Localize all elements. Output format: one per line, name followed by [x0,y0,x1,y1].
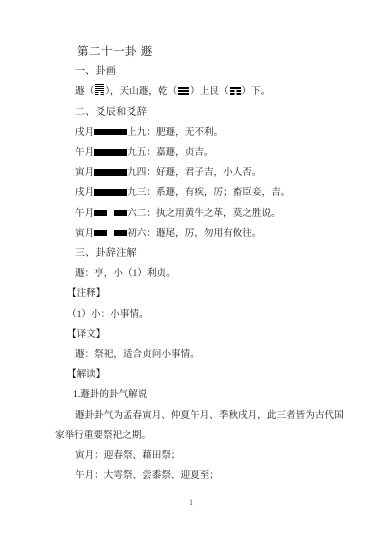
zhushi-item: （1）小：小事情。 [55,305,347,325]
hexagram-line-seg1: 遯（ [75,86,94,97]
yao-month: 戌月 [75,187,94,198]
yang-line-icon [94,129,127,136]
hexagram-line-seg3: ）上艮（ [190,86,228,97]
trigram-qian-icon [178,87,189,95]
section-heading-guahua: 一、卦画 [55,62,347,82]
yang-line-icon [94,149,127,156]
jiedu-paragraph: 遯卦卦气为孟春寅月、仲夏午月、季秋戌月，此三者皆为古代国家举行重要祭祀之期。 [55,406,347,446]
hexagram-description-line: 遯（），天山遯，乾（）上艮（）下。 [55,82,347,102]
yao-month: 寅月 [75,167,94,178]
page-number: 1 [0,498,382,507]
yiwen-text: 遯：祭祀，适合贞问小事情。 [55,345,347,365]
yao-line-row: 寅月九四：好遯，君子吉，小人否。 [55,163,347,183]
yao-month: 戌月 [75,127,94,138]
yang-line-icon [94,189,127,196]
yao-line-row: 午月六二：执之用黄牛之革，莫之胜说。 [55,204,347,224]
jiedu-label: 【解读】 [55,365,347,385]
yao-text: 六二：执之用黄牛之革，莫之胜说。 [127,208,281,219]
page-title: 第二十一卦 遯 [55,42,347,62]
yin-line-icon [94,230,127,237]
jiedu-subtitle: 1.遯卦的卦气解说 [55,385,347,405]
trigram-gen-icon [230,87,241,95]
yao-month: 午月 [75,147,94,158]
section-heading-guaci: 三、卦辞注解 [55,244,347,264]
yao-text: 九四：好遯，君子吉，小人否。 [127,167,261,178]
hexagram-line-seg2: ），天山遯，乾（ [105,86,177,97]
section-heading-yaochen: 二、爻辰和爻辞 [55,103,347,123]
yang-line-icon [94,169,127,176]
document-page: 第二十一卦 遯 一、卦画 遯（），天山遯，乾（）上艮（）下。 二、爻辰和爻辞 戌… [0,0,382,540]
yiwen-label: 【译文】 [55,325,347,345]
wu-month-line: 午月：大雩祭、尝黍祭、迎夏至； [55,466,347,486]
yao-line-row: 戌月上九：肥遯，无不利。 [55,123,347,143]
gua-statement: 遯：亨，小（1）利贞。 [55,264,347,284]
zhushi-label: 【注释】 [55,284,347,304]
document-content: 第二十一卦 遯 一、卦画 遯（），天山遯，乾（）上艮（）下。 二、爻辰和爻辞 戌… [55,42,347,486]
yin-line-icon [94,210,127,217]
yao-month: 午月 [75,208,94,219]
hexagram-dun-icon [95,84,104,95]
yin-month-line: 寅月：迎春祭、藉田祭； [55,446,347,466]
yao-text: 上九：肥遯，无不利。 [127,127,223,138]
yao-text: 九三：系遯，有疾，厉；畜臣妾，吉。 [127,187,290,198]
hexagram-line-seg4: ）下。 [242,86,271,97]
yao-text: 初六：遯尾，厉，勿用有攸往。 [127,228,261,239]
yao-month: 寅月 [75,228,94,239]
yao-line-row: 戌月九三：系遯，有疾，厉；畜臣妾，吉。 [55,183,347,203]
yao-text: 九五：嘉遯，贞吉。 [127,147,213,158]
yao-line-row: 寅月初六：遯尾，厉，勿用有攸往。 [55,224,347,244]
yao-line-row: 午月九五：嘉遯，贞吉。 [55,143,347,163]
